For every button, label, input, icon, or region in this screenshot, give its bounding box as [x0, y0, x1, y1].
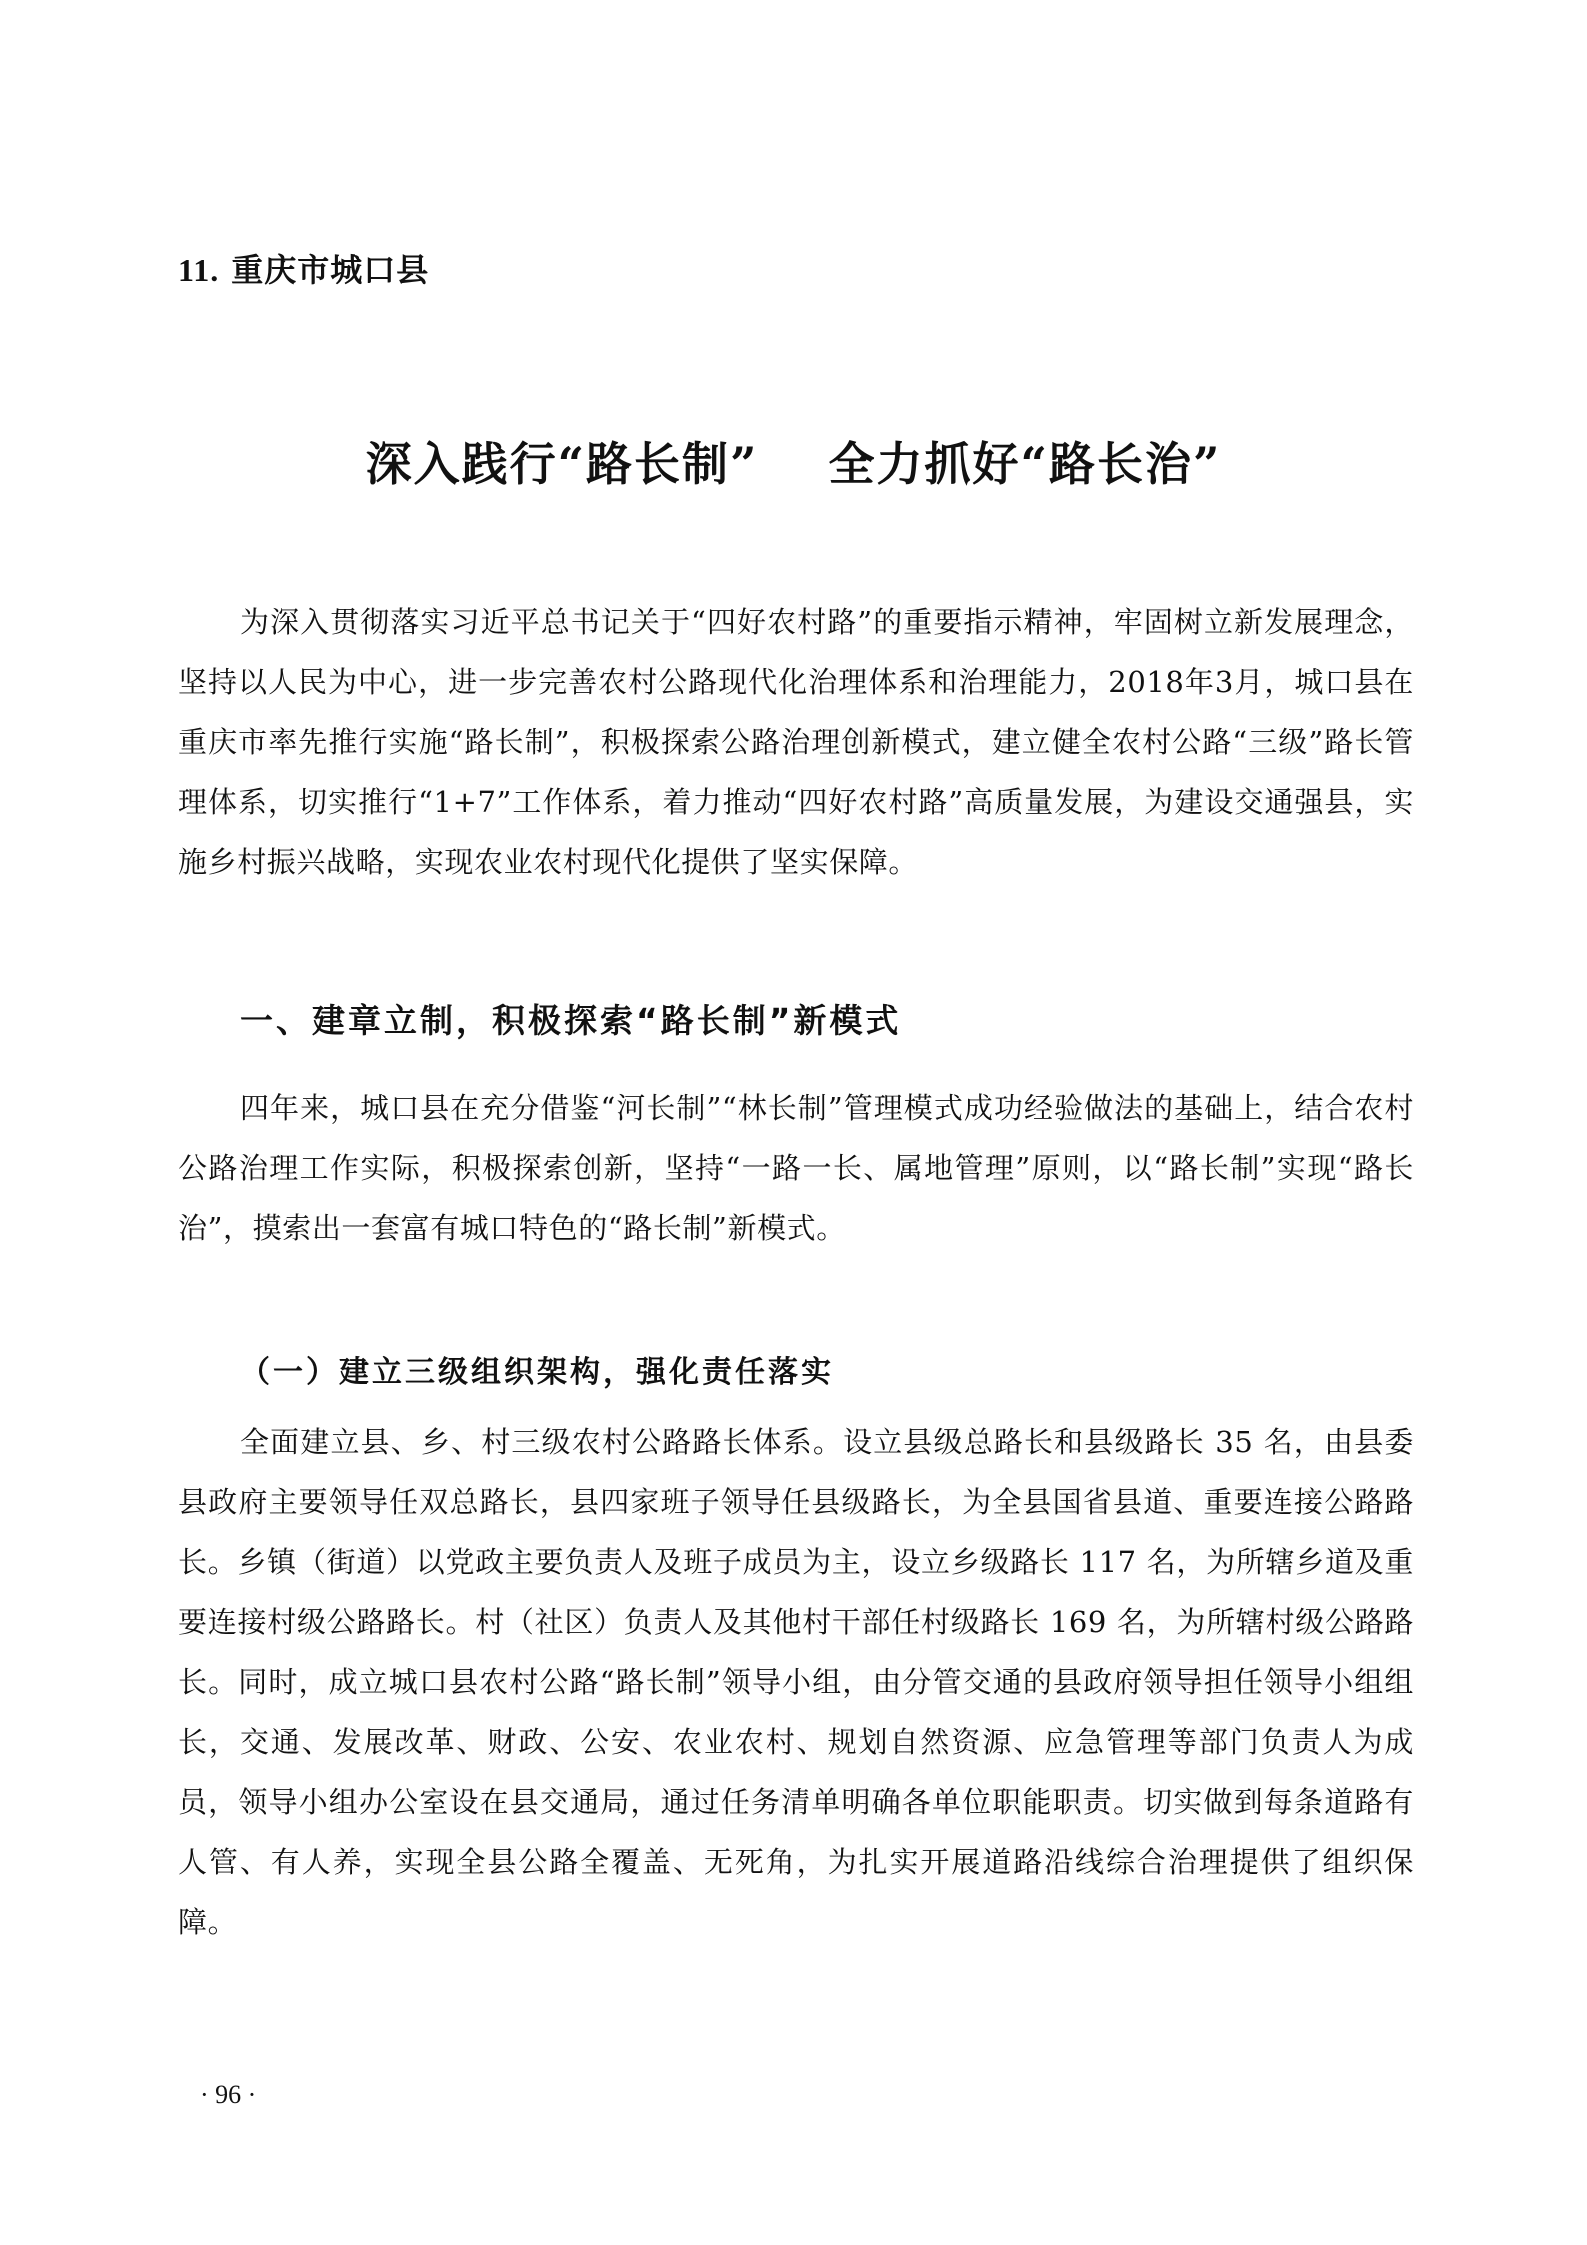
subsection-heading: （一）建立三级组织架构，强化责任落实	[240, 1347, 834, 1391]
case-label: 11.重庆市城口县	[178, 245, 429, 291]
article-title-part-2: 全力抓好“路长治”	[829, 437, 1222, 491]
subsection-paragraph: 全面建立县、乡、村三级农村公路路长体系。设立县级总路长和县级路长 35 名，由县…	[178, 1412, 1414, 1952]
intro-paragraph: 为深入贯彻落实习近平总书记关于“四好农村路”的重要指示精神，牢固树立新发展理念，…	[178, 592, 1414, 892]
section-heading: 一、建章立制，积极探索“路长制”新模式	[240, 995, 901, 1042]
case-place: 重庆市城口县	[231, 251, 429, 289]
intro-paragraph-block: 为深入贯彻落实习近平总书记关于“四好农村路”的重要指示精神，牢固树立新发展理念，…	[178, 592, 1414, 892]
section-paragraph: 四年来，城口县在充分借鉴“河长制”“林长制”管理模式成功经验做法的基础上，结合农…	[178, 1078, 1414, 1258]
case-number: 11.	[178, 252, 219, 288]
article-title-part-1: 深入践行“路长制”	[366, 437, 759, 491]
document-page: 11.重庆市城口县 深入践行“路长制”全力抓好“路长治” 为深入贯彻落实习近平总…	[0, 0, 1587, 2245]
subsection-paragraph-block: 全面建立县、乡、村三级农村公路路长体系。设立县级总路长和县级路长 35 名，由县…	[178, 1412, 1414, 1952]
article-title: 深入践行“路长制”全力抓好“路长治”	[0, 428, 1587, 494]
page-number: · 96 ·	[200, 2080, 256, 2110]
section-paragraph-block: 四年来，城口县在充分借鉴“河长制”“林长制”管理模式成功经验做法的基础上，结合农…	[178, 1078, 1414, 1258]
